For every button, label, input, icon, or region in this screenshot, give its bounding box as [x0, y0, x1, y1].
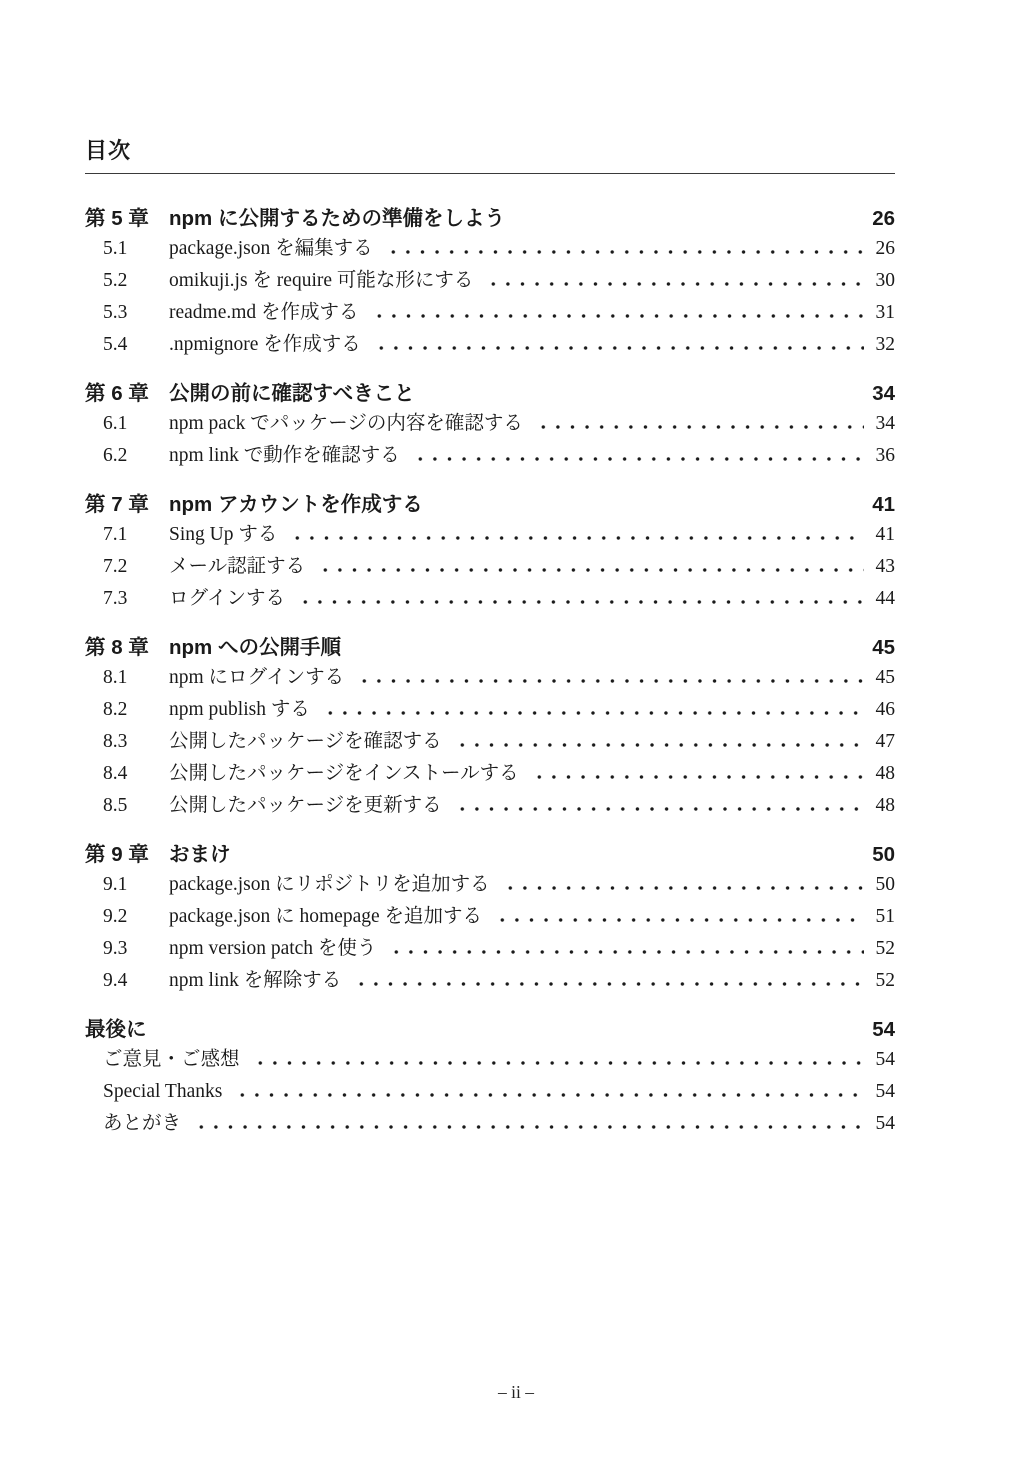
- dot-leader: [231, 1093, 863, 1097]
- dot-leader: [451, 807, 864, 811]
- section-title: npm link で動作を確認する: [169, 440, 400, 472]
- section-page-number: 54: [876, 1108, 896, 1140]
- section-number: 5.3: [103, 297, 169, 329]
- toc-section-row: 8.1 npm にログインする 45: [85, 662, 895, 694]
- section-page-number: 34: [876, 408, 896, 440]
- toc-section-row: 7.1 Sing Up する 41: [85, 519, 895, 551]
- section-title: npm pack でパッケージの内容を確認する: [169, 408, 523, 440]
- section-number: 8.1: [103, 662, 169, 694]
- section-page-number: 48: [876, 758, 896, 790]
- section-title: package.json を編集する: [169, 233, 373, 265]
- toc-section-row: 6.2 npm link で動作を確認する 36: [85, 440, 895, 472]
- section-title: npm version patch を使う: [169, 933, 376, 965]
- section-title: あとがき: [103, 1108, 181, 1140]
- dot-leader: [294, 600, 863, 604]
- toc-chapter: 第 5 章 npm に公開するための準備をしよう 26 5.1 package.…: [85, 208, 895, 361]
- section-title: 公開したパッケージをインストールする: [169, 758, 519, 790]
- section-page-number: 50: [876, 869, 896, 901]
- toc-chapter-row: 第 6 章 公開の前に確認すべきこと 34: [85, 383, 895, 404]
- section-page-number: 52: [876, 965, 896, 997]
- dot-leader: [370, 346, 864, 350]
- dot-leader: [286, 536, 863, 540]
- dot-leader: [350, 982, 863, 986]
- section-page-number: 46: [876, 694, 896, 726]
- toc-section-row: ご意見・ご感想 54: [85, 1044, 895, 1076]
- dot-leader: [353, 679, 863, 683]
- dot-leader: [491, 918, 863, 922]
- section-title: ログインする: [169, 583, 285, 615]
- toc-chapter: 第 6 章 公開の前に確認すべきこと 34 6.1 npm pack でパッケー…: [85, 383, 895, 472]
- section-number: 8.5: [103, 790, 169, 822]
- section-number: 8.2: [103, 694, 169, 726]
- dot-leader: [190, 1125, 863, 1129]
- section-page-number: 31: [876, 297, 896, 329]
- chapter-page-number: 54: [872, 1019, 895, 1040]
- section-title: メール認証する: [169, 551, 305, 583]
- toc-section-row: 9.1 package.json にリポジトリを追加する 50: [85, 869, 895, 901]
- section-page-number: 54: [876, 1076, 896, 1108]
- dot-leader: [319, 711, 864, 715]
- toc-chapter: 第 9 章 おまけ 50 9.1 package.json にリポジトリを追加す…: [85, 844, 895, 997]
- page-content: 目次 第 5 章 npm に公開するための準備をしよう 26 5.1 packa…: [85, 0, 895, 1140]
- section-page-number: 47: [876, 726, 896, 758]
- section-page-number: 43: [876, 551, 896, 583]
- toc-section-row: 5.3 readme.md を作成する 31: [85, 297, 895, 329]
- page-number-footer: – ii –: [0, 1382, 1032, 1403]
- section-page-number: 48: [876, 790, 896, 822]
- toc-chapter-row: 第 5 章 npm に公開するための準備をしよう 26: [85, 208, 895, 229]
- section-title: npm にログインする: [169, 662, 344, 694]
- section-number: 6.1: [103, 408, 169, 440]
- document-page: { "page": { "heading": "目次", "footer": "…: [0, 0, 1032, 1457]
- toc-section-row: あとがき 54: [85, 1108, 895, 1140]
- toc-section-row: 8.5 公開したパッケージを更新する 48: [85, 790, 895, 822]
- section-title: .npmignore を作成する: [169, 329, 361, 361]
- toc-section-row: 9.2 package.json に homepage を追加する 51: [85, 901, 895, 933]
- section-page-number: 36: [876, 440, 896, 472]
- chapter-title: 最後に: [85, 1019, 872, 1040]
- section-number: 5.2: [103, 265, 169, 297]
- dot-leader: [249, 1061, 864, 1065]
- chapter-number: 第 5 章: [85, 208, 169, 229]
- title-rule: [85, 173, 895, 174]
- section-title: npm publish する: [169, 694, 310, 726]
- section-number: 6.2: [103, 440, 169, 472]
- toc-section-row: 6.1 npm pack でパッケージの内容を確認する 34: [85, 408, 895, 440]
- section-title: Sing Up する: [169, 519, 277, 551]
- toc-section-row: 9.4 npm link を解除する 52: [85, 965, 895, 997]
- section-number: 5.1: [103, 233, 169, 265]
- section-page-number: 32: [876, 329, 896, 361]
- section-title: 公開したパッケージを確認する: [169, 726, 442, 758]
- chapter-title: npm への公開手順: [169, 637, 872, 658]
- toc-section-row: 7.2 メール認証する 43: [85, 551, 895, 583]
- page-title: 目次: [85, 140, 895, 162]
- section-title: readme.md を作成する: [169, 297, 359, 329]
- dot-leader: [382, 250, 864, 254]
- toc-section-row: 8.4 公開したパッケージをインストールする 48: [85, 758, 895, 790]
- toc-chapter: 第 8 章 npm への公開手順 45 8.1 npm にログインする 45 8…: [85, 637, 895, 822]
- section-page-number: 44: [876, 583, 896, 615]
- section-page-number: 30: [876, 265, 896, 297]
- section-page-number: 52: [876, 933, 896, 965]
- toc-section-row: 5.4 .npmignore を作成する 32: [85, 329, 895, 361]
- toc-chapter: 第 7 章 npm アカウントを作成する 41 7.1 Sing Up する 4…: [85, 494, 895, 615]
- dot-leader: [409, 457, 864, 461]
- section-title: Special Thanks: [103, 1076, 222, 1108]
- section-page-number: 45: [876, 662, 896, 694]
- section-title: npm link を解除する: [169, 965, 341, 997]
- chapter-page-number: 41: [872, 494, 895, 515]
- chapter-number: 第 6 章: [85, 383, 169, 404]
- dot-leader: [532, 425, 864, 429]
- chapter-title: 公開の前に確認すべきこと: [169, 383, 872, 404]
- section-number: 9.4: [103, 965, 169, 997]
- chapter-page-number: 50: [872, 844, 895, 865]
- toc-section-list: 8.1 npm にログインする 45 8.2 npm publish する 46…: [85, 662, 895, 822]
- section-number: 7.2: [103, 551, 169, 583]
- section-number: 7.3: [103, 583, 169, 615]
- dot-leader: [385, 950, 863, 954]
- toc-chapter-row: 第 7 章 npm アカウントを作成する 41: [85, 494, 895, 515]
- chapter-number: 第 9 章: [85, 844, 169, 865]
- section-number: 8.4: [103, 758, 169, 790]
- section-title: package.json にリポジトリを追加する: [169, 869, 490, 901]
- toc-section-row: 5.2 omikuji.js を require 可能な形にする 30: [85, 265, 895, 297]
- toc-section-list: 9.1 package.json にリポジトリを追加する 50 9.2 pack…: [85, 869, 895, 997]
- toc-section-row: 9.3 npm version patch を使う 52: [85, 933, 895, 965]
- section-title: 公開したパッケージを更新する: [169, 790, 442, 822]
- toc-section-row: 8.2 npm publish する 46: [85, 694, 895, 726]
- dot-leader: [368, 314, 864, 318]
- toc-section-row: Special Thanks 54: [85, 1076, 895, 1108]
- section-page-number: 26: [876, 233, 896, 265]
- toc-chapter: 最後に 54 ご意見・ご感想 54 Special Thanks 54 あとがき…: [85, 1019, 895, 1140]
- toc-section-list: 6.1 npm pack でパッケージの内容を確認する 34 6.2 npm l…: [85, 408, 895, 472]
- section-number: 9.2: [103, 901, 169, 933]
- section-number: 9.3: [103, 933, 169, 965]
- section-number: 8.3: [103, 726, 169, 758]
- section-page-number: 54: [876, 1044, 896, 1076]
- chapter-page-number: 45: [872, 637, 895, 658]
- toc-section-row: 5.1 package.json を編集する 26: [85, 233, 895, 265]
- toc-section-row: 8.3 公開したパッケージを確認する 47: [85, 726, 895, 758]
- chapter-title: おまけ: [169, 844, 872, 865]
- chapter-number: 第 8 章: [85, 637, 169, 658]
- toc-list: 第 5 章 npm に公開するための準備をしよう 26 5.1 package.…: [85, 208, 895, 1140]
- chapter-title: npm アカウントを作成する: [169, 494, 872, 515]
- dot-leader: [451, 743, 864, 747]
- section-number: 5.4: [103, 329, 169, 361]
- section-title: omikuji.js を require 可能な形にする: [169, 265, 473, 297]
- section-title: ご意見・ご感想: [103, 1044, 240, 1076]
- toc-section-list: 5.1 package.json を編集する 26 5.2 omikuji.js…: [85, 233, 895, 361]
- toc-section-row: 7.3 ログインする 44: [85, 583, 895, 615]
- dot-leader: [528, 775, 864, 779]
- chapter-page-number: 34: [872, 383, 895, 404]
- dot-leader: [314, 568, 863, 572]
- chapter-title: npm に公開するための準備をしよう: [169, 208, 872, 229]
- dot-leader: [482, 282, 863, 286]
- dot-leader: [499, 886, 864, 890]
- section-page-number: 51: [876, 901, 896, 933]
- toc-chapter-row: 第 9 章 おまけ 50: [85, 844, 895, 865]
- chapter-number: 第 7 章: [85, 494, 169, 515]
- toc-section-list: ご意見・ご感想 54 Special Thanks 54 あとがき 54: [85, 1044, 895, 1140]
- toc-chapter-row: 第 8 章 npm への公開手順 45: [85, 637, 895, 658]
- chapter-page-number: 26: [872, 208, 895, 229]
- section-number: 9.1: [103, 869, 169, 901]
- toc-chapter-row: 最後に 54: [85, 1019, 895, 1040]
- section-title: package.json に homepage を追加する: [169, 901, 482, 933]
- section-page-number: 41: [876, 519, 896, 551]
- toc-section-list: 7.1 Sing Up する 41 7.2 メール認証する 43 7.3 ログイ…: [85, 519, 895, 615]
- section-number: 7.1: [103, 519, 169, 551]
